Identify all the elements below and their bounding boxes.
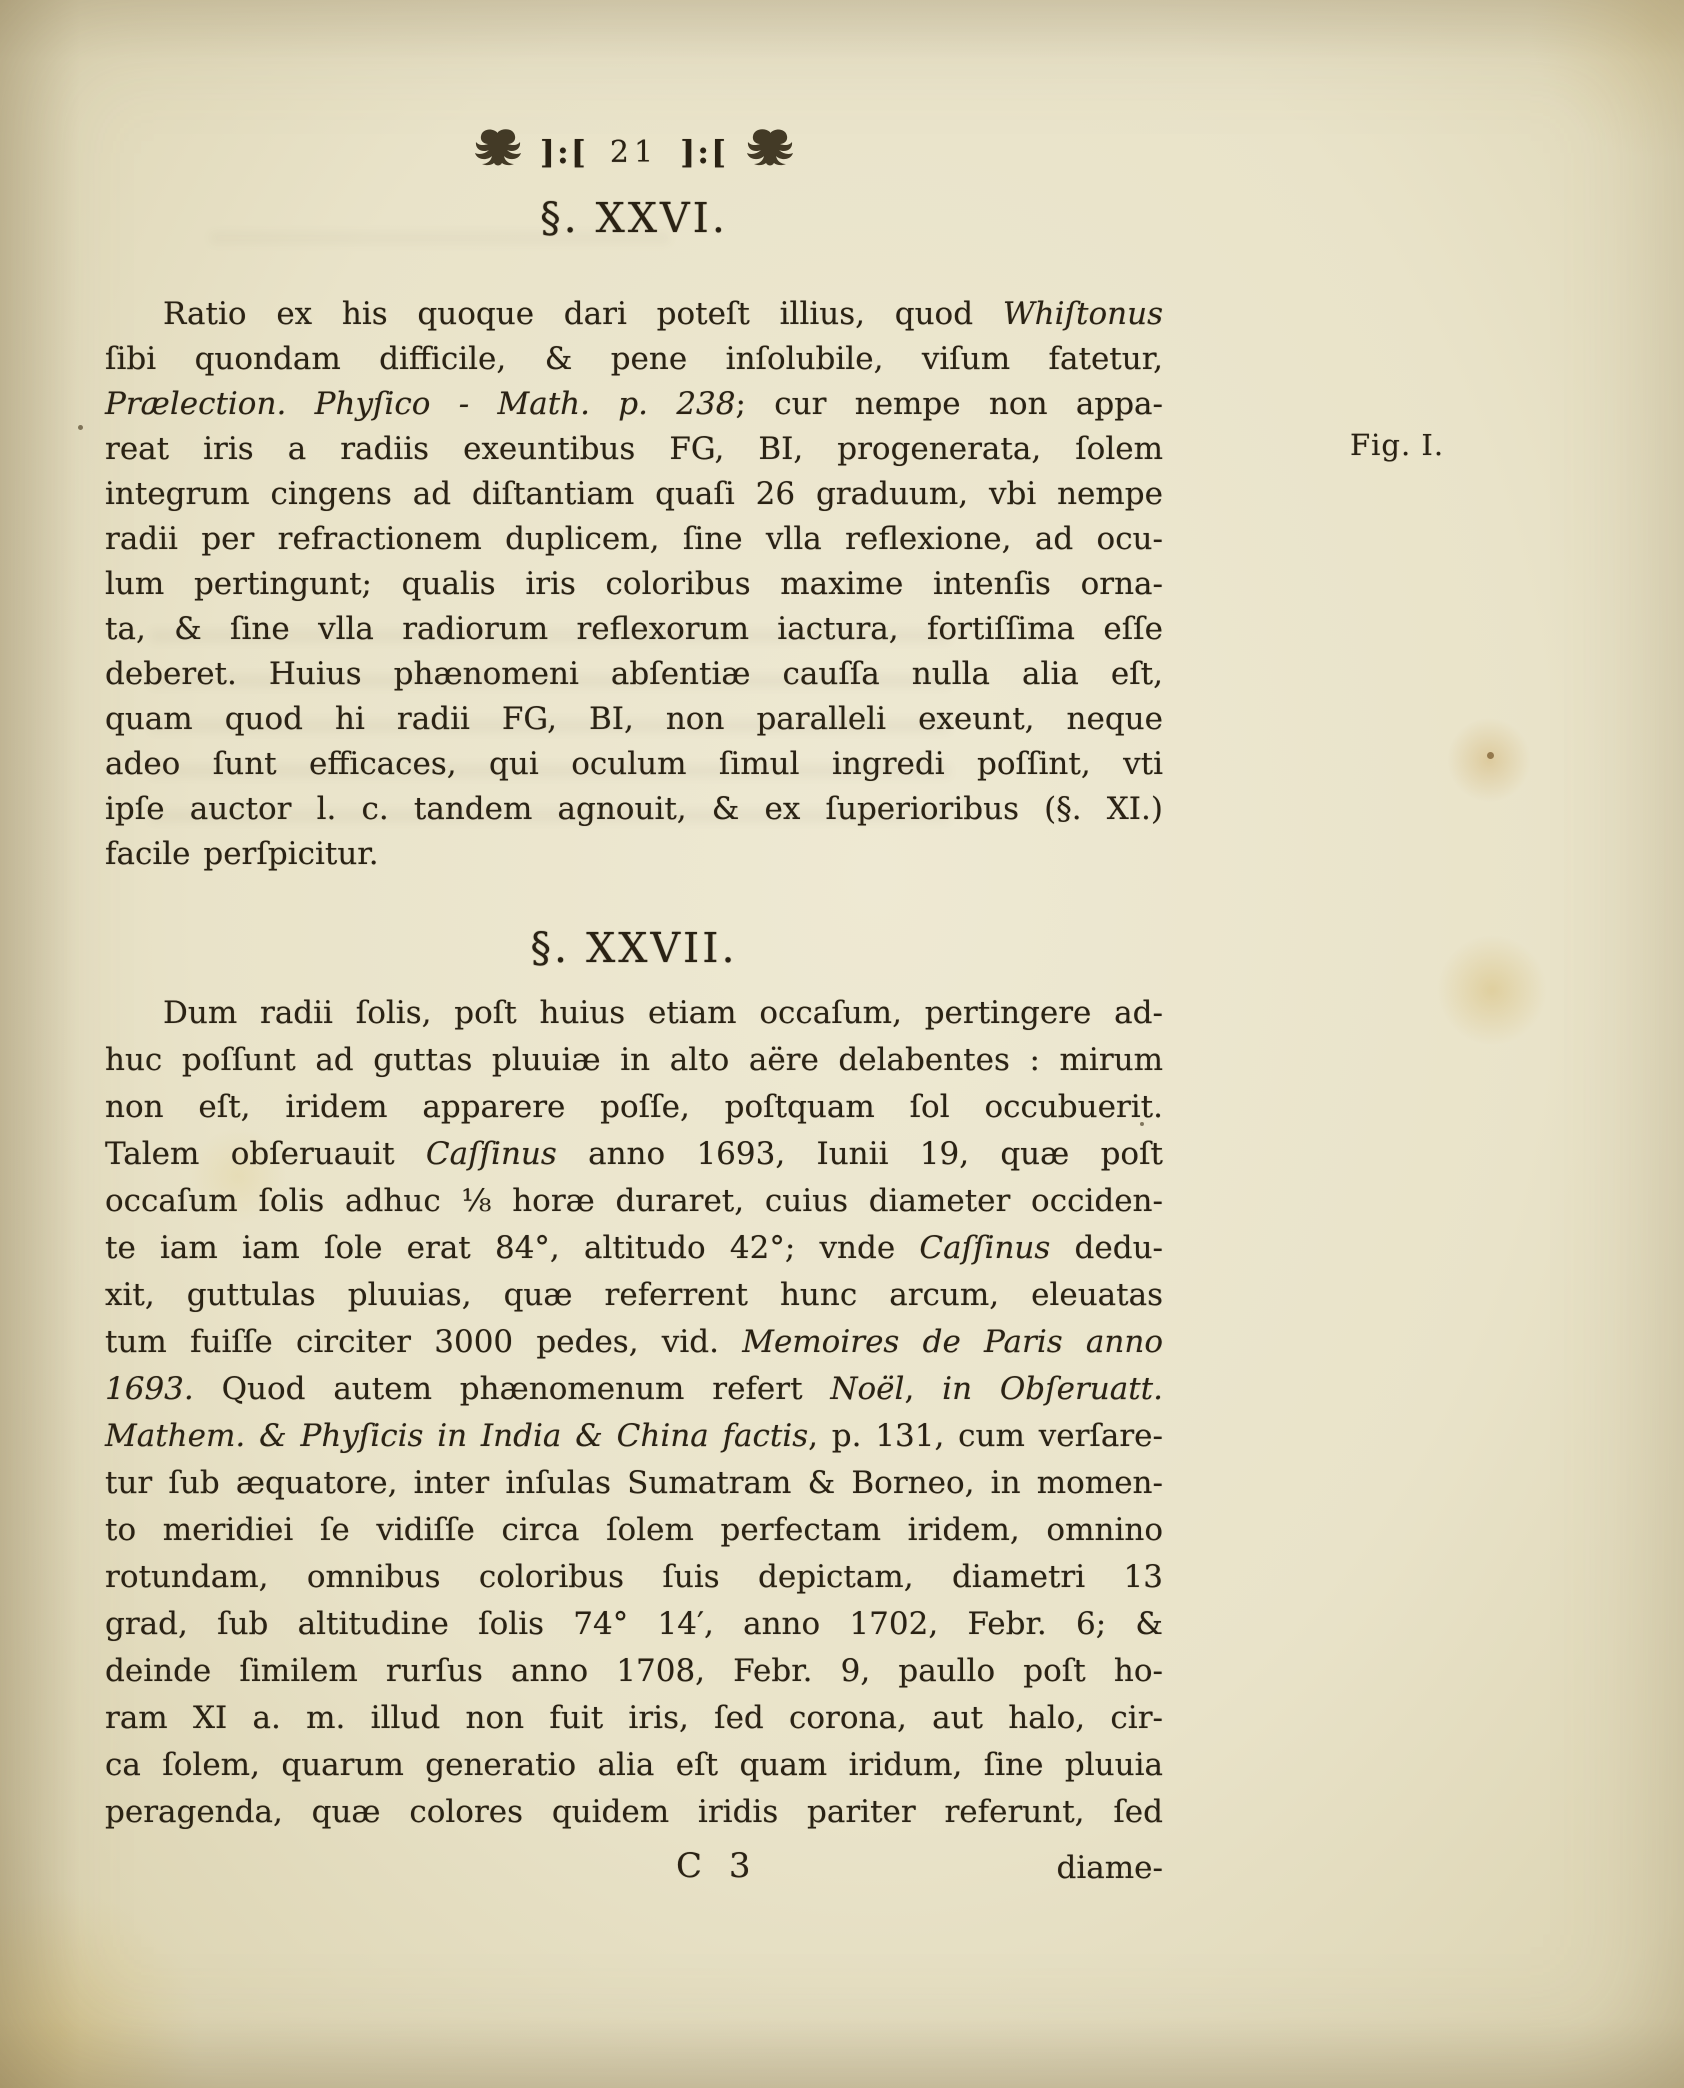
text-segment: facile perſpicitur. bbox=[105, 836, 379, 872]
text-segment: Talem obſeruauit bbox=[105, 1136, 426, 1172]
text-segment: rotundam, omnibus coloribus ſuis depicta… bbox=[105, 1559, 1163, 1595]
text-line: xit, guttulas pluuias, quæ referrent hun… bbox=[105, 1272, 1163, 1319]
section-xxvii: §. XXVII. Dum radii ſolis, poſt huius et… bbox=[105, 922, 1163, 1836]
text-line: lum pertingunt; qualis iris coloribus ma… bbox=[105, 562, 1163, 607]
text-line: reat iris a radiis exeuntibus FG, BI, pr… bbox=[105, 427, 1163, 472]
text-segment: radii per refractionem duplicem, ſine vl… bbox=[105, 521, 1163, 557]
text-segment: ſibi quondam difficile, & pene inſolubil… bbox=[105, 341, 1163, 377]
text-line: Ratio ex his quoque dari poteſt illius, … bbox=[105, 292, 1163, 337]
printer-flower-right-icon bbox=[744, 128, 796, 176]
section-heading: §. XXVI. bbox=[105, 192, 1163, 244]
italic-text-segment: Memoires de Paris anno bbox=[742, 1324, 1163, 1360]
text-line: rotundam, omnibus coloribus ſuis depicta… bbox=[105, 1554, 1163, 1601]
page-number: 21 bbox=[610, 135, 658, 170]
italic-text-segment: Prælection. Phyſico - Math. p. 238 bbox=[105, 386, 736, 422]
catchword: diame- bbox=[105, 1850, 1163, 1886]
text-line: grad, ſub altitudine ſolis 74° 14′, anno… bbox=[105, 1601, 1163, 1648]
figure-reference-note: Fig. I. bbox=[1350, 428, 1444, 462]
text-line: ſibi quondam difficile, & pene inſolubil… bbox=[105, 337, 1163, 382]
text-segment: ipſe auctor l. c. tandem agnouit, & ex ſ… bbox=[105, 791, 1163, 827]
text-segment: integrum cingens ad diſtantiam quaſi 26 … bbox=[105, 476, 1163, 512]
text-line: deinde ſimilem rurſus anno 1708, Febr. 9… bbox=[105, 1648, 1163, 1695]
paragraph: Ratio ex his quoque dari poteſt illius, … bbox=[105, 292, 1163, 877]
text-segment: te iam iam ſole erat 84°, altitudo 42°; … bbox=[105, 1230, 919, 1266]
text-segment: tum fuiſſe circiter 3000 pedes, vid. bbox=[105, 1324, 742, 1360]
text-line: tur ſub æquatore, inter inſulas Sumatram… bbox=[105, 1460, 1163, 1507]
text-segment: peragenda, quæ colores quidem iridis par… bbox=[105, 1794, 1163, 1830]
text-segment: ; cur nempe non appa- bbox=[736, 386, 1164, 422]
text-segment: ta, & ſine vlla radiorum reflexorum iact… bbox=[105, 611, 1163, 647]
text-segment: to meridiei ſe vidiſſe circa ſolem perfe… bbox=[105, 1512, 1163, 1548]
text-segment: adeo ſunt efficaces, qui oculum ſimul in… bbox=[105, 746, 1163, 782]
text-line: tum fuiſſe circiter 3000 pedes, vid. Mem… bbox=[105, 1319, 1163, 1366]
text-line: integrum cingens ad diſtantiam quaſi 26 … bbox=[105, 472, 1163, 517]
text-segment: quam quod hi radii FG, BI, non paralleli… bbox=[105, 701, 1163, 737]
page-number-bracket-left: ]:[ bbox=[540, 133, 588, 171]
text-segment: anno 1693, Iunii 19, quæ poſt bbox=[557, 1136, 1163, 1172]
text-segment: lum pertingunt; qualis iris coloribus ma… bbox=[105, 566, 1163, 602]
text-line: deberet. Huius phænomeni abſentiæ cauſſa… bbox=[105, 652, 1163, 697]
page-number-bracket-right: ]:[ bbox=[680, 133, 728, 171]
text-line: ca ſolem, quarum generatio alia eſt quam… bbox=[105, 1742, 1163, 1789]
section-heading: §. XXVII. bbox=[105, 922, 1163, 974]
italic-text-segment: Caſſinus bbox=[919, 1230, 1050, 1266]
text-segment: ram XI a. m. illud non fuit iris, ſed co… bbox=[105, 1700, 1163, 1736]
running-head: ]:[ 21 ]:[ bbox=[105, 128, 1163, 176]
text-segment: huc poſſunt ad guttas pluuiæ in alto aër… bbox=[105, 1042, 1163, 1078]
text-line: occaſum ſolis adhuc ⅛ horæ duraret, cuiu… bbox=[105, 1178, 1163, 1225]
section-xxvi: §. XXVI. Ratio ex his quoque dari poteſt… bbox=[105, 192, 1163, 877]
italic-text-segment: 1693. bbox=[105, 1371, 194, 1407]
italic-text-segment: in Obſeruatt. bbox=[942, 1371, 1163, 1407]
text-segment: Ratio ex his quoque dari poteſt illius, … bbox=[163, 296, 1003, 332]
text-line: Prælection. Phyſico - Math. p. 238; cur … bbox=[105, 382, 1163, 427]
text-line: facile perſpicitur. bbox=[105, 832, 1163, 877]
text-segment: Dum radii ſolis, poſt huius etiam occaſu… bbox=[163, 995, 1163, 1031]
italic-text-segment: Caſſinus bbox=[426, 1136, 557, 1172]
text-line: radii per refractionem duplicem, ſine vl… bbox=[105, 517, 1163, 562]
text-line: te iam iam ſole erat 84°, altitudo 42°; … bbox=[105, 1225, 1163, 1272]
text-line: Mathem. & Phyſicis in India & China fact… bbox=[105, 1413, 1163, 1460]
italic-text-segment: Whiſtonus bbox=[1003, 296, 1163, 332]
text-line: huc poſſunt ad guttas pluuiæ in alto aër… bbox=[105, 1037, 1163, 1084]
text-line: peragenda, quæ colores quidem iridis par… bbox=[105, 1789, 1163, 1836]
text-line: ta, & ſine vlla radiorum reflexorum iact… bbox=[105, 607, 1163, 652]
italic-text-segment: Noël bbox=[830, 1371, 904, 1407]
text-segment: reat iris a radiis exeuntibus FG, BI, pr… bbox=[105, 431, 1163, 467]
italic-text-segment: Mathem. & Phyſicis in India & China fact… bbox=[105, 1418, 808, 1454]
text-line: ipſe auctor l. c. tandem agnouit, & ex ſ… bbox=[105, 787, 1163, 832]
text-segment: , bbox=[904, 1371, 942, 1407]
text-line: Talem obſeruauit Caſſinus anno 1693, Iun… bbox=[105, 1131, 1163, 1178]
paragraph: Dum radii ſolis, poſt huius etiam occaſu… bbox=[105, 990, 1163, 1836]
text-segment: xit, guttulas pluuias, quæ referrent hun… bbox=[105, 1277, 1163, 1313]
text-line: adeo ſunt efficaces, qui oculum ſimul in… bbox=[105, 742, 1163, 787]
text-segment: occaſum ſolis adhuc ⅛ horæ duraret, cuiu… bbox=[105, 1183, 1163, 1219]
text-line: Dum radii ſolis, poſt huius etiam occaſu… bbox=[105, 990, 1163, 1037]
stain-speck bbox=[1487, 752, 1494, 759]
text-segment: ca ſolem, quarum generatio alia eſt quam… bbox=[105, 1747, 1163, 1783]
ink-speck bbox=[78, 425, 83, 430]
book-page-scan: ]:[ 21 ]:[ §. XXVI. Ratio ex his quoque … bbox=[0, 0, 1684, 2088]
text-segment: , p. 131, cum verſare- bbox=[808, 1418, 1163, 1454]
text-segment: deinde ſimilem rurſus anno 1708, Febr. 9… bbox=[105, 1653, 1163, 1689]
text-segment: tur ſub æquatore, inter inſulas Sumatram… bbox=[105, 1465, 1163, 1501]
printer-flower-left-icon bbox=[472, 128, 524, 176]
text-segment: Quod autem phænomenum refert bbox=[194, 1371, 831, 1407]
text-segment: deberet. Huius phænomeni abſentiæ cauſſa… bbox=[105, 656, 1163, 692]
text-segment: non eſt, iridem apparere poſſe, poſtquam… bbox=[105, 1089, 1163, 1125]
text-line: non eſt, iridem apparere poſſe, poſtquam… bbox=[105, 1084, 1163, 1131]
text-line: ram XI a. m. illud non fuit iris, ſed co… bbox=[105, 1695, 1163, 1742]
text-segment: grad, ſub altitudine ſolis 74° 14′, anno… bbox=[105, 1606, 1163, 1642]
text-line: to meridiei ſe vidiſſe circa ſolem perfe… bbox=[105, 1507, 1163, 1554]
text-line: quam quod hi radii FG, BI, non paralleli… bbox=[105, 697, 1163, 742]
text-segment: dedu- bbox=[1050, 1230, 1163, 1266]
text-line: 1693. Quod autem phænomenum refert Noël,… bbox=[105, 1366, 1163, 1413]
